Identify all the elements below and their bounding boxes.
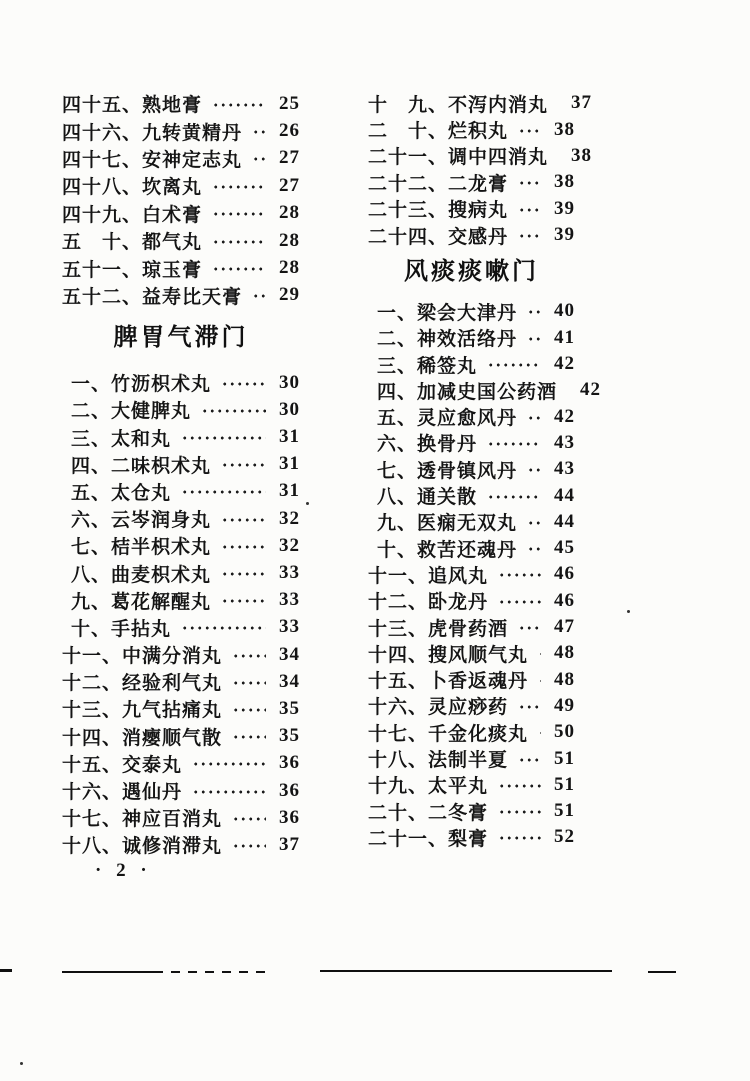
toc-section: 十 九、不泻内消丸37二 十、烂积丸38二十一、调中四消丸38二十二、二龙膏38…: [368, 90, 575, 248]
toc-entry: 七、桔半枳术丸32: [62, 532, 300, 559]
toc-entry-title: 太仓丸: [111, 478, 171, 505]
toc-entry-number: 四十五、: [62, 90, 142, 117]
toc-entry-number: 十三、: [62, 695, 122, 722]
toc-entry-number: 十六、: [368, 692, 428, 719]
toc-entry: 十三、九气拈痛丸35: [62, 695, 300, 722]
toc-entry-page: 34: [274, 644, 300, 666]
dot-leader: [181, 435, 266, 441]
toc-entry-page: 26: [274, 120, 300, 142]
toc-entry-title: 神效活络丹: [417, 324, 517, 351]
toc-entry-title: 桔半枳术丸: [111, 532, 211, 559]
toc-entry-page: 36: [274, 752, 300, 774]
toc-entry-number: 九、: [71, 587, 111, 614]
dot-leader: [192, 789, 266, 795]
toc-entry-title: 益寿比天膏: [142, 282, 242, 309]
toc-entry-title: 法制半夏: [428, 745, 508, 772]
toc-section: 风痰痰嗽门一、梁会大津丹40二、神效活络丹41三、稀签丸42四、加减史国公药酒4…: [368, 258, 575, 850]
dot-leader: [221, 462, 266, 468]
toc-entry-number: 九、: [377, 508, 417, 535]
toc-entry-number: 十二、: [368, 587, 428, 614]
toc-entry-number: 十一、: [368, 561, 428, 588]
toc-entry-number: 四十七、: [62, 145, 142, 172]
dot-leader: [538, 730, 541, 736]
toc-entry-page: 51: [549, 774, 575, 796]
toc-entry: 十、救苦还魂丹45: [368, 535, 575, 561]
toc-entry-page: 38: [549, 171, 575, 193]
toc-section: 四十五、熟地膏25四十六、九转黄精丹26四十七、安神定志丸27四十八、坎离丸27…: [62, 90, 300, 309]
dot-leader: [527, 309, 541, 315]
toc-entry: 二十、二冬膏51: [368, 798, 575, 824]
scan-artifact-speck: [20, 1062, 23, 1065]
toc-entry-title: 搜风顺气丸: [428, 640, 528, 667]
dot-leader: [518, 625, 541, 631]
toc-entry-number: 十七、: [62, 804, 122, 831]
dot-leader: [498, 572, 541, 578]
toc-entry-page: 42: [549, 353, 575, 375]
dot-leader: [538, 651, 541, 657]
toc-entry-title: 消瘿顺气散: [122, 723, 222, 750]
dot-leader: [212, 211, 266, 217]
toc-entry-page: 38: [549, 119, 575, 141]
dot-leader: [498, 809, 541, 815]
toc-entry-page: 33: [274, 589, 300, 611]
toc-entry-title: 中满分消丸: [122, 641, 222, 668]
toc-entry-number: 十二、: [62, 668, 122, 695]
toc-entry-number: 八、: [71, 560, 111, 587]
toc-entry-number: 二十三、: [368, 195, 448, 222]
toc-entry: 十 九、不泻内消丸37: [368, 90, 575, 116]
toc-entry: 五十一、琼玉膏28: [62, 254, 300, 281]
toc-entry-title: 诚修消滞丸: [122, 831, 222, 858]
toc-entry-number: 三、: [377, 351, 417, 378]
toc-entry-page: 31: [274, 480, 300, 502]
toc-entry: 十一、中满分消丸34: [62, 641, 300, 668]
page-number-marker: · 2 ·: [95, 860, 152, 882]
toc-entry-title: 大健脾丸: [111, 396, 191, 423]
toc-entry-title: 遇仙丹: [122, 777, 182, 804]
toc-entry-number: 二十一、: [368, 824, 448, 851]
toc-entry-page: 39: [549, 224, 575, 246]
dot-leader: [527, 336, 541, 342]
toc-entry-title: 九转黄精丹: [142, 118, 242, 145]
scanned-toc-page: 四十五、熟地膏25四十六、九转黄精丹26四十七、安神定志丸27四十八、坎离丸27…: [0, 0, 750, 1081]
toc-entry-page: 51: [549, 800, 575, 822]
dot-leader: [192, 761, 266, 767]
toc-entry-title: 都气丸: [142, 227, 202, 254]
dot-leader: [232, 843, 266, 849]
toc-entry-number: 十八、: [368, 745, 428, 772]
dot-leader: [527, 467, 541, 473]
dot-leader: [232, 707, 266, 713]
toc-entry-page: 33: [274, 616, 300, 638]
toc-entry-page: 46: [549, 590, 575, 612]
toc-entry-title: 卧龙丹: [428, 587, 488, 614]
dot-leader: [518, 180, 541, 186]
toc-entry: 七、透骨镇风丹43: [368, 456, 575, 482]
toc-entry-title: 搜病丸: [448, 195, 508, 222]
section-header: 脾胃气滞门: [62, 323, 300, 353]
toc-entry-page: 44: [549, 485, 575, 507]
dot-leader: [221, 517, 266, 523]
toc-left-column: 四十五、熟地膏25四十六、九转黄精丹26四十七、安神定志丸27四十八、坎离丸27…: [62, 90, 300, 859]
toc-entry-number: 五、: [71, 478, 111, 505]
dot-leader: [487, 362, 541, 368]
toc-entry-page: 38: [566, 145, 592, 167]
toc-entry-page: 46: [549, 563, 575, 585]
toc-entry: 二十一、调中四消丸38: [368, 143, 575, 169]
toc-entry-page: 33: [274, 562, 300, 584]
toc-entry-title: 虎骨药酒: [428, 614, 508, 641]
toc-entry-number: 四十九、: [62, 200, 142, 227]
toc-entry: 一、竹沥枳术丸30: [62, 369, 300, 396]
toc-entry-page: 45: [549, 537, 575, 559]
toc-entry-number: 十三、: [368, 614, 428, 641]
toc-entry-title: 灵应痧药: [428, 692, 508, 719]
toc-entry-title: 通关散: [417, 482, 477, 509]
toc-entry-page: 28: [274, 230, 300, 252]
toc-entry-title: 二味枳术丸: [111, 451, 211, 478]
toc-entry-number: 四、: [377, 377, 417, 404]
toc-entry: 十八、诚修消滞丸37: [62, 831, 300, 858]
toc-entry-number: 十、: [71, 614, 111, 641]
toc-entry: 四十七、安神定志丸27: [62, 145, 300, 172]
toc-entry-number: 十 九、: [368, 90, 448, 117]
toc-entry-page: 42: [575, 379, 601, 401]
dot-leader: [201, 408, 266, 414]
toc-entry: 十七、千金化痰丸50: [368, 719, 575, 745]
toc-entry-page: 27: [274, 147, 300, 169]
toc-entry-page: 52: [549, 826, 575, 848]
dot-leader: [181, 489, 266, 495]
scan-artifact-line: [62, 971, 154, 973]
toc-entry-page: 40: [549, 300, 575, 322]
dot-leader: [518, 704, 541, 710]
toc-entry-page: 51: [549, 748, 575, 770]
scan-artifact-line: [320, 970, 612, 972]
dot-leader: [221, 381, 266, 387]
dot-leader: [518, 757, 541, 763]
dot-leader: [212, 239, 266, 245]
dot-leader: [518, 128, 541, 134]
toc-entry-number: 五十二、: [62, 282, 142, 309]
dot-leader: [212, 184, 266, 190]
toc-entry: 一、梁会大津丹40: [368, 298, 575, 324]
toc-entry: 六、换骨丹43: [368, 430, 575, 456]
toc-entry-title: 梨膏: [448, 824, 488, 851]
toc-entry-number: 二十一、: [368, 142, 448, 169]
toc-entry-number: 三、: [71, 424, 111, 451]
toc-entry-title: 稀签丸: [417, 351, 477, 378]
dot-leader: [221, 571, 266, 577]
dot-leader: [212, 102, 266, 108]
toc-entry: 五十二、益寿比天膏29: [62, 282, 300, 309]
toc-entry-number: 一、: [377, 298, 417, 325]
toc-right-column: 十 九、不泻内消丸37二 十、烂积丸38二十一、调中四消丸38二十二、二龙膏38…: [368, 90, 575, 851]
toc-entry-title: 曲麦枳术丸: [111, 560, 211, 587]
dot-leader: [252, 293, 266, 299]
toc-entry-page: 31: [274, 426, 300, 448]
toc-section: 脾胃气滞门一、竹沥枳术丸30二、大健脾丸30三、太和丸31四、二味枳术丸31五、…: [62, 323, 300, 858]
toc-entry-number: 一、: [71, 369, 111, 396]
toc-entry-title: 太平丸: [428, 771, 488, 798]
toc-entry-page: 37: [566, 92, 592, 114]
scan-artifact-speck: [306, 502, 309, 505]
toc-entry: 五、太仓丸31: [62, 478, 300, 505]
toc-entry-number: 七、: [71, 532, 111, 559]
scan-artifact-speck: [627, 610, 630, 613]
toc-entry-number: 四、: [71, 451, 111, 478]
toc-entry: 十四、搜风顺气丸48: [368, 640, 575, 666]
toc-entry-page: 49: [549, 695, 575, 717]
toc-entry-title: 卜香返魂丹: [428, 666, 528, 693]
dot-leader: [232, 816, 266, 822]
toc-entry-number: 十、: [377, 535, 417, 562]
toc-entry: 四十六、九转黄精丹26: [62, 117, 300, 144]
toc-entry: 四十八、坎离丸27: [62, 172, 300, 199]
toc-entry: 二十三、搜病丸39: [368, 196, 575, 222]
toc-entry-page: 44: [549, 511, 575, 533]
dot-leader: [487, 494, 541, 500]
toc-entry-title: 经验利气丸: [122, 668, 222, 695]
scan-artifact-line: [648, 971, 676, 973]
toc-entry-number: 五十一、: [62, 255, 142, 282]
toc-entry-number: 六、: [377, 429, 417, 456]
toc-entry-page: 30: [274, 372, 300, 394]
scan-artifact-line: [154, 971, 270, 973]
toc-entry-number: 二十、: [368, 798, 428, 825]
toc-entry: 六、云岑润身丸32: [62, 505, 300, 532]
toc-entry-page: 36: [274, 807, 300, 829]
toc-entry-page: 48: [549, 669, 575, 691]
dot-leader: [498, 783, 541, 789]
dot-leader: [212, 266, 266, 272]
toc-entry-title: 太和丸: [111, 424, 171, 451]
toc-entry-number: 二、: [71, 396, 111, 423]
toc-entry: 二、大健脾丸30: [62, 396, 300, 423]
toc-entry: 四十九、白术膏28: [62, 200, 300, 227]
toc-entry-title: 透骨镇风丹: [417, 456, 517, 483]
toc-entry-title: 手拈丸: [111, 614, 171, 641]
toc-entry-title: 葛花解醒丸: [111, 587, 211, 614]
toc-entry-number: 二十二、: [368, 169, 448, 196]
toc-entry-title: 竹沥枳术丸: [111, 369, 211, 396]
toc-entry-page: 42: [549, 406, 575, 428]
toc-entry-page: 37: [274, 834, 300, 856]
toc-entry: 二十一、梨膏52: [368, 824, 575, 850]
toc-entry-title: 熟地膏: [142, 90, 202, 117]
toc-entry-page: 43: [549, 432, 575, 454]
toc-entry-page: 35: [274, 725, 300, 747]
toc-entry: 十六、灵应痧药49: [368, 693, 575, 719]
section-header: 风痰痰嗽门: [368, 258, 575, 286]
toc-entry-title: 追风丸: [428, 561, 488, 588]
toc-entry-number: 十四、: [62, 723, 122, 750]
toc-entry-page: 39: [549, 198, 575, 220]
dot-leader: [527, 415, 541, 421]
toc-entry-number: 十四、: [368, 640, 428, 667]
dot-leader: [487, 441, 541, 447]
toc-entry-page: 35: [274, 698, 300, 720]
toc-entry: 二、神效活络丹41: [368, 325, 575, 351]
toc-entry: 十二、卧龙丹46: [368, 588, 575, 614]
dot-leader: [527, 520, 541, 526]
toc-entry: 九、葛花解醒丸33: [62, 587, 300, 614]
toc-entry-number: 八、: [377, 482, 417, 509]
toc-entry-number: 二 十、: [368, 116, 448, 143]
toc-entry: 三、太和丸31: [62, 424, 300, 451]
toc-entry: 四、二味枳术丸31: [62, 451, 300, 478]
toc-entry-number: 十八、: [62, 831, 122, 858]
dot-leader: [518, 233, 541, 239]
toc-entry-title: 救苦还魂丹: [417, 535, 517, 562]
toc-entry-title: 梁会大津丹: [417, 298, 517, 325]
toc-entry-title: 不泻内消丸: [448, 90, 548, 117]
toc-entry: 五、灵应愈风丹42: [368, 404, 575, 430]
toc-entry-page: 28: [274, 257, 300, 279]
toc-entry: 十四、消瘿顺气散35: [62, 723, 300, 750]
toc-entry-page: 29: [274, 284, 300, 306]
toc-entry: 十九、太平丸51: [368, 772, 575, 798]
dot-leader: [232, 734, 266, 740]
toc-entry-page: 32: [274, 508, 300, 530]
toc-entry-title: 安神定志丸: [142, 145, 242, 172]
toc-entry: 十五、交泰丸36: [62, 750, 300, 777]
toc-entry-number: 二十四、: [368, 222, 448, 249]
toc-entry: 十五、卜香返魂丹48: [368, 667, 575, 693]
toc-entry: 八、通关散44: [368, 482, 575, 508]
toc-entry-title: 加减史国公药酒: [417, 377, 557, 404]
toc-entry-number: 四十八、: [62, 172, 142, 199]
toc-entry: 十一、追风丸46: [368, 561, 575, 587]
toc-entry-number: 五 十、: [62, 227, 142, 254]
toc-entry-number: 十六、: [62, 777, 122, 804]
toc-entry-title: 二冬膏: [428, 798, 488, 825]
dot-leader: [181, 625, 266, 631]
toc-entry-page: 31: [274, 453, 300, 475]
toc-entry-title: 千金化痰丸: [428, 719, 528, 746]
dot-leader: [498, 835, 541, 841]
toc-entry-title: 医痫无双丸: [417, 508, 517, 535]
toc-entry-title: 换骨丹: [417, 429, 477, 456]
toc-entry: 十七、神应百消丸36: [62, 804, 300, 831]
toc-entry-number: 六、: [71, 505, 111, 532]
toc-entry-page: 25: [274, 93, 300, 115]
toc-entry-page: 30: [274, 399, 300, 421]
toc-entry: 八、曲麦枳术丸33: [62, 559, 300, 586]
toc-entry: 二 十、烂积丸38: [368, 116, 575, 142]
toc-entry-number: 四十六、: [62, 118, 142, 145]
toc-entry-page: 28: [274, 202, 300, 224]
toc-entry: 二十四、交感丹39: [368, 222, 575, 248]
dot-leader: [232, 680, 266, 686]
toc-entry-page: 41: [549, 327, 575, 349]
toc-entry-number: 七、: [377, 456, 417, 483]
dot-leader: [252, 156, 266, 162]
dot-leader: [221, 544, 266, 550]
toc-entry-number: 二、: [377, 324, 417, 351]
toc-entry-title: 调中四消丸: [448, 142, 548, 169]
toc-entry-page: 36: [274, 780, 300, 802]
toc-entry-title: 坎离丸: [142, 172, 202, 199]
dot-leader: [221, 598, 266, 604]
toc-entry: 四十五、熟地膏25: [62, 90, 300, 117]
toc-entry-title: 琼玉膏: [142, 255, 202, 282]
dot-leader: [518, 207, 541, 213]
toc-entry-title: 交感丹: [448, 222, 508, 249]
toc-entry-page: 34: [274, 671, 300, 693]
toc-entry-number: 十五、: [62, 750, 122, 777]
toc-entry: 十八、法制半夏51: [368, 745, 575, 771]
dot-leader: [527, 546, 541, 552]
toc-entry-title: 神应百消丸: [122, 804, 222, 831]
dot-leader: [252, 129, 266, 135]
toc-entry: 二十二、二龙膏38: [368, 169, 575, 195]
toc-entry-page: 48: [549, 642, 575, 664]
toc-entry: 十、手拈丸33: [62, 614, 300, 641]
toc-entry-title: 九气拈痛丸: [122, 695, 222, 722]
toc-entry-title: 交泰丸: [122, 750, 182, 777]
dot-leader: [538, 678, 541, 684]
toc-entry: 九、医痫无双丸44: [368, 509, 575, 535]
scan-artifact-line: [0, 969, 12, 972]
toc-entry-title: 二龙膏: [448, 169, 508, 196]
toc-entry-number: 十九、: [368, 771, 428, 798]
toc-entry: 十三、虎骨药酒47: [368, 614, 575, 640]
toc-entry-title: 烂积丸: [448, 116, 508, 143]
toc-entry-page: 50: [549, 721, 575, 743]
toc-entry-title: 白术膏: [142, 200, 202, 227]
toc-entry-number: 十五、: [368, 666, 428, 693]
dot-leader: [498, 599, 541, 605]
toc-entry: 十二、经验利气丸34: [62, 668, 300, 695]
toc-entry-page: 27: [274, 175, 300, 197]
toc-entry: 四、加减史国公药酒42: [368, 377, 575, 403]
toc-entry-number: 十七、: [368, 719, 428, 746]
toc-entry: 五 十、都气丸28: [62, 227, 300, 254]
toc-entry-number: 五、: [377, 403, 417, 430]
toc-entry: 十六、遇仙丹36: [62, 777, 300, 804]
toc-entry-title: 云岑润身丸: [111, 505, 211, 532]
dot-leader: [232, 653, 266, 659]
toc-entry: 三、稀签丸42: [368, 351, 575, 377]
toc-entry-page: 47: [549, 616, 575, 638]
toc-entry-number: 十一、: [62, 641, 122, 668]
toc-entry-page: 32: [274, 535, 300, 557]
toc-entry-title: 灵应愈风丹: [417, 403, 517, 430]
toc-entry-page: 43: [549, 458, 575, 480]
